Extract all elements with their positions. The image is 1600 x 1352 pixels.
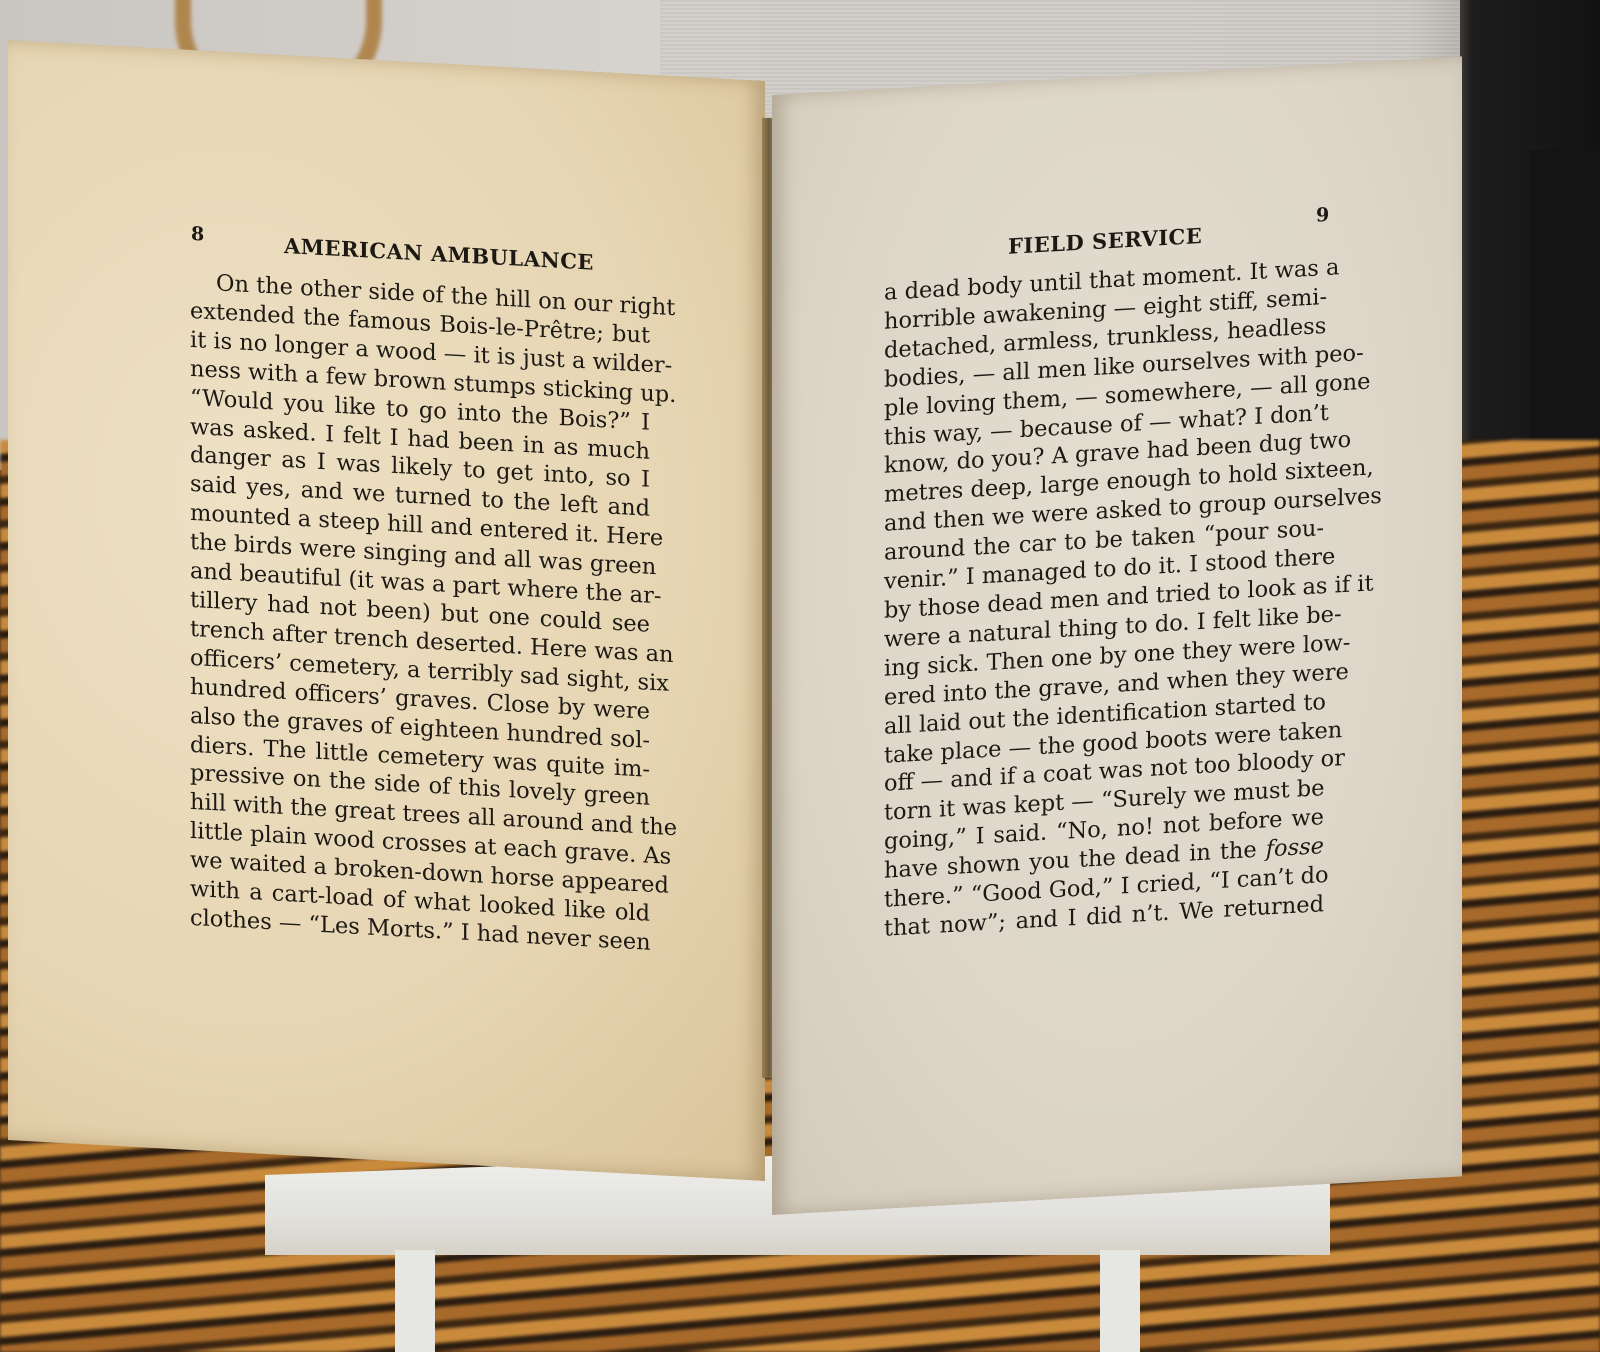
body-text: On the other side of the hill on our rig…: [190, 268, 650, 958]
page-number: 8: [191, 223, 204, 246]
page-number: 9: [1316, 204, 1329, 227]
left-page: 8 AMERICAN AMBULANCE On the other side o…: [8, 40, 765, 1181]
running-head: AMERICAN AMBULANCE: [284, 233, 594, 275]
book-stand-leg-left: [395, 1250, 435, 1352]
running-head: FIELD SERVICE: [1008, 223, 1202, 259]
right-page: FIELD SERVICE 9 a dead body until that m…: [772, 56, 1462, 1215]
book-stand-leg-right: [1100, 1250, 1140, 1352]
italic-word: fosse: [1266, 833, 1324, 862]
body-text: a dead body until that moment. It was a …: [884, 254, 1324, 943]
